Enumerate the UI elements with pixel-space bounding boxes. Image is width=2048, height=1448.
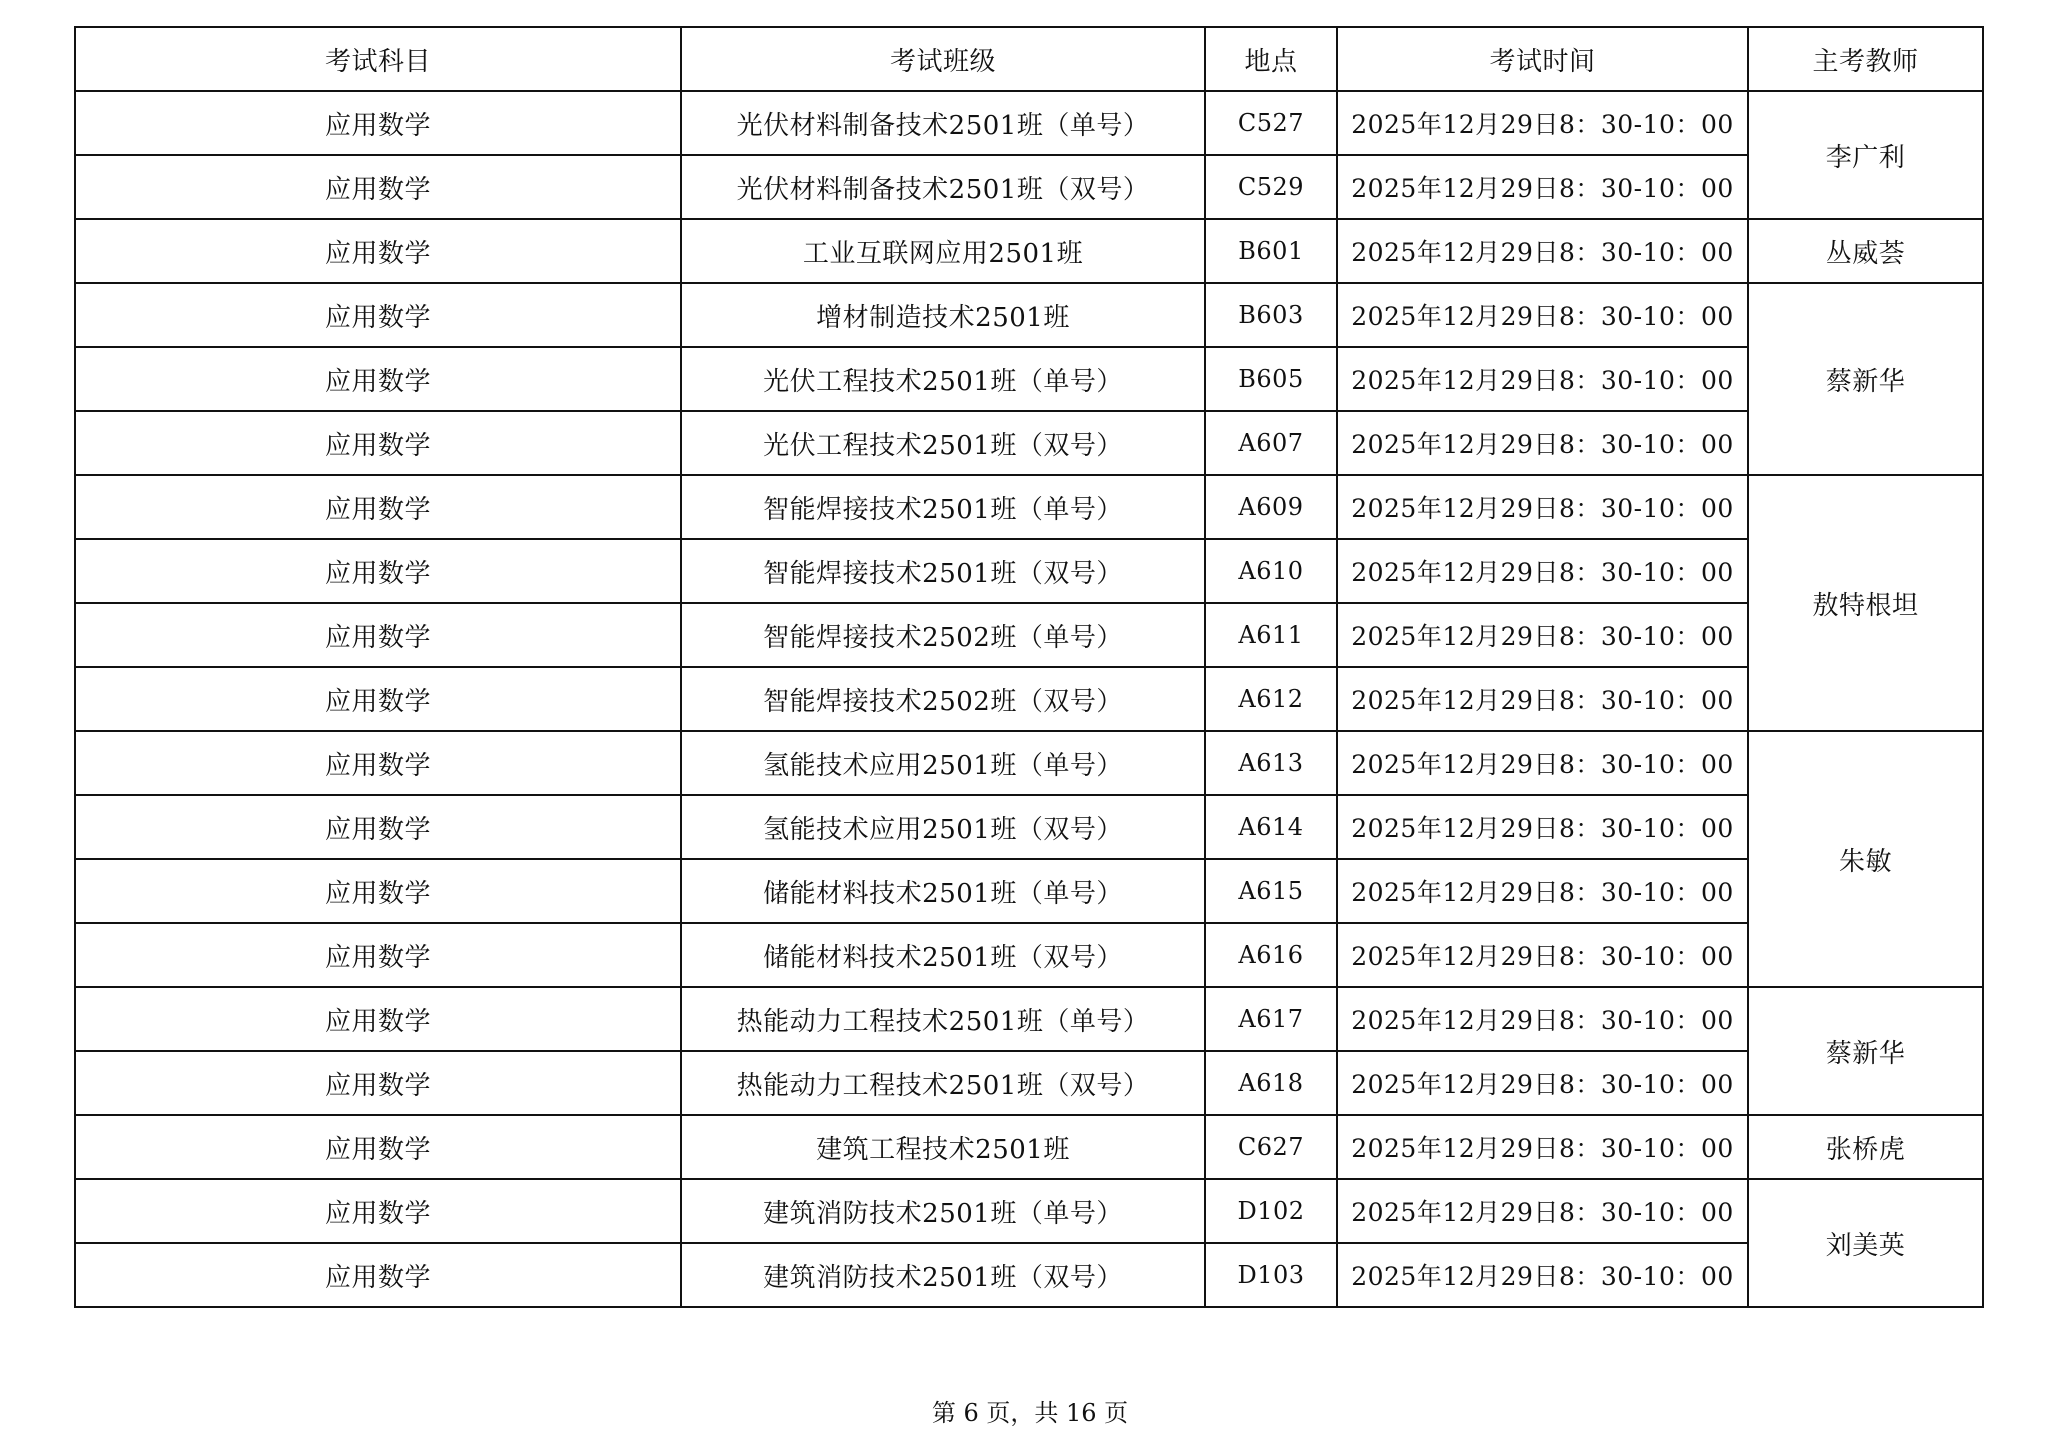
time-cell: 2025年12月29日8：30-10：00 [1337, 987, 1748, 1051]
table-row: 应用数学智能焊接技术2501班（双号）A6102025年12月29日8：30-1… [75, 539, 1983, 603]
time-cell: 2025年12月29日8：30-10：00 [1337, 859, 1748, 923]
teacher-cell: 丛威荟 [1748, 219, 1983, 283]
class-cell: 光伏工程技术2501班（双号） [681, 411, 1205, 475]
page-number: 第 6 页，共 16 页 [0, 1393, 2048, 1428]
class-cell: 智能焊接技术2502班（单号） [681, 603, 1205, 667]
subject-cell: 应用数学 [75, 1179, 681, 1243]
header-class: 考试班级 [681, 27, 1205, 91]
class-cell: 智能焊接技术2501班（单号） [681, 475, 1205, 539]
time-cell: 2025年12月29日8：30-10：00 [1337, 667, 1748, 731]
room-cell: A612 [1205, 667, 1337, 731]
teacher-cell: 李广利 [1748, 91, 1983, 219]
class-cell: 光伏材料制备技术2501班（单号） [681, 91, 1205, 155]
table-row: 应用数学建筑消防技术2501班（单号）D1022025年12月29日8：30-1… [75, 1179, 1983, 1243]
table-row: 应用数学增材制造技术2501班B6032025年12月29日8：30-10：00… [75, 283, 1983, 347]
subject-cell: 应用数学 [75, 283, 681, 347]
time-cell: 2025年12月29日8：30-10：00 [1337, 411, 1748, 475]
time-cell: 2025年12月29日8：30-10：00 [1337, 155, 1748, 219]
room-cell: C529 [1205, 155, 1337, 219]
table-row: 应用数学智能焊接技术2501班（单号）A6092025年12月29日8：30-1… [75, 475, 1983, 539]
class-cell: 氢能技术应用2501班（单号） [681, 731, 1205, 795]
class-cell: 建筑工程技术2501班 [681, 1115, 1205, 1179]
subject-cell: 应用数学 [75, 347, 681, 411]
subject-cell: 应用数学 [75, 1115, 681, 1179]
room-cell: B603 [1205, 283, 1337, 347]
subject-cell: 应用数学 [75, 219, 681, 283]
time-cell: 2025年12月29日8：30-10：00 [1337, 923, 1748, 987]
class-cell: 建筑消防技术2501班（单号） [681, 1179, 1205, 1243]
room-cell: D102 [1205, 1179, 1337, 1243]
teacher-cell: 蔡新华 [1748, 987, 1983, 1115]
class-cell: 智能焊接技术2502班（双号） [681, 667, 1205, 731]
header-subject: 考试科目 [75, 27, 681, 91]
table-row: 应用数学储能材料技术2501班（单号）A6152025年12月29日8：30-1… [75, 859, 1983, 923]
header-teacher: 主考教师 [1748, 27, 1983, 91]
room-cell: C627 [1205, 1115, 1337, 1179]
time-cell: 2025年12月29日8：30-10：00 [1337, 219, 1748, 283]
table-row: 应用数学储能材料技术2501班（双号）A6162025年12月29日8：30-1… [75, 923, 1983, 987]
table-body: 应用数学光伏材料制备技术2501班（单号）C5272025年12月29日8：30… [75, 91, 1983, 1307]
subject-cell: 应用数学 [75, 475, 681, 539]
subject-cell: 应用数学 [75, 155, 681, 219]
room-cell: A609 [1205, 475, 1337, 539]
subject-cell: 应用数学 [75, 731, 681, 795]
time-cell: 2025年12月29日8：30-10：00 [1337, 1115, 1748, 1179]
class-cell: 增材制造技术2501班 [681, 283, 1205, 347]
header-time: 考试时间 [1337, 27, 1748, 91]
subject-cell: 应用数学 [75, 539, 681, 603]
room-cell: A611 [1205, 603, 1337, 667]
subject-cell: 应用数学 [75, 795, 681, 859]
table-row: 应用数学热能动力工程技术2501班（双号）A6182025年12月29日8：30… [75, 1051, 1983, 1115]
room-cell: A613 [1205, 731, 1337, 795]
teacher-cell: 朱敏 [1748, 731, 1983, 987]
time-cell: 2025年12月29日8：30-10：00 [1337, 347, 1748, 411]
class-cell: 氢能技术应用2501班（双号） [681, 795, 1205, 859]
class-cell: 智能焊接技术2501班（双号） [681, 539, 1205, 603]
table-row: 应用数学光伏材料制备技术2501班（双号）C5292025年12月29日8：30… [75, 155, 1983, 219]
class-cell: 工业互联网应用2501班 [681, 219, 1205, 283]
room-cell: A616 [1205, 923, 1337, 987]
time-cell: 2025年12月29日8：30-10：00 [1337, 1051, 1748, 1115]
time-cell: 2025年12月29日8：30-10：00 [1337, 1179, 1748, 1243]
table-row: 应用数学氢能技术应用2501班（双号）A6142025年12月29日8：30-1… [75, 795, 1983, 859]
header-row: 考试科目 考试班级 地点 考试时间 主考教师 [75, 27, 1983, 91]
room-cell: A615 [1205, 859, 1337, 923]
class-cell: 光伏材料制备技术2501班（双号） [681, 155, 1205, 219]
room-cell: A614 [1205, 795, 1337, 859]
subject-cell: 应用数学 [75, 859, 681, 923]
time-cell: 2025年12月29日8：30-10：00 [1337, 1243, 1748, 1307]
room-cell: C527 [1205, 91, 1337, 155]
table-row: 应用数学建筑工程技术2501班C6272025年12月29日8：30-10：00… [75, 1115, 1983, 1179]
exam-schedule-table: 考试科目 考试班级 地点 考试时间 主考教师 应用数学光伏材料制备技术2501班… [74, 26, 1984, 1308]
teacher-cell: 蔡新华 [1748, 283, 1983, 475]
table-row: 应用数学热能动力工程技术2501班（单号）A6172025年12月29日8：30… [75, 987, 1983, 1051]
room-cell: A607 [1205, 411, 1337, 475]
class-cell: 储能材料技术2501班（单号） [681, 859, 1205, 923]
table-row: 应用数学建筑消防技术2501班（双号）D1032025年12月29日8：30-1… [75, 1243, 1983, 1307]
class-cell: 热能动力工程技术2501班（双号） [681, 1051, 1205, 1115]
subject-cell: 应用数学 [75, 411, 681, 475]
subject-cell: 应用数学 [75, 603, 681, 667]
class-cell: 建筑消防技术2501班（双号） [681, 1243, 1205, 1307]
class-cell: 热能动力工程技术2501班（单号） [681, 987, 1205, 1051]
teacher-cell: 敖特根坦 [1748, 475, 1983, 731]
table-header: 考试科目 考试班级 地点 考试时间 主考教师 [75, 27, 1983, 91]
table-row: 应用数学工业互联网应用2501班B6012025年12月29日8：30-10：0… [75, 219, 1983, 283]
table-row: 应用数学智能焊接技术2502班（单号）A6112025年12月29日8：30-1… [75, 603, 1983, 667]
table-row: 应用数学智能焊接技术2502班（双号）A6122025年12月29日8：30-1… [75, 667, 1983, 731]
room-cell: B605 [1205, 347, 1337, 411]
header-room: 地点 [1205, 27, 1337, 91]
subject-cell: 应用数学 [75, 91, 681, 155]
table-row: 应用数学光伏材料制备技术2501班（单号）C5272025年12月29日8：30… [75, 91, 1983, 155]
room-cell: A617 [1205, 987, 1337, 1051]
time-cell: 2025年12月29日8：30-10：00 [1337, 539, 1748, 603]
teacher-cell: 刘美英 [1748, 1179, 1983, 1307]
time-cell: 2025年12月29日8：30-10：00 [1337, 475, 1748, 539]
room-cell: B601 [1205, 219, 1337, 283]
time-cell: 2025年12月29日8：30-10：00 [1337, 731, 1748, 795]
subject-cell: 应用数学 [75, 923, 681, 987]
table-row: 应用数学光伏工程技术2501班（单号）B6052025年12月29日8：30-1… [75, 347, 1983, 411]
subject-cell: 应用数学 [75, 1243, 681, 1307]
room-cell: D103 [1205, 1243, 1337, 1307]
room-cell: A610 [1205, 539, 1337, 603]
time-cell: 2025年12月29日8：30-10：00 [1337, 283, 1748, 347]
subject-cell: 应用数学 [75, 987, 681, 1051]
class-cell: 光伏工程技术2501班（单号） [681, 347, 1205, 411]
class-cell: 储能材料技术2501班（双号） [681, 923, 1205, 987]
table-row: 应用数学氢能技术应用2501班（单号）A6132025年12月29日8：30-1… [75, 731, 1983, 795]
time-cell: 2025年12月29日8：30-10：00 [1337, 603, 1748, 667]
teacher-cell: 张桥虎 [1748, 1115, 1983, 1179]
time-cell: 2025年12月29日8：30-10：00 [1337, 795, 1748, 859]
time-cell: 2025年12月29日8：30-10：00 [1337, 91, 1748, 155]
room-cell: A618 [1205, 1051, 1337, 1115]
subject-cell: 应用数学 [75, 1051, 681, 1115]
table-row: 应用数学光伏工程技术2501班（双号）A6072025年12月29日8：30-1… [75, 411, 1983, 475]
subject-cell: 应用数学 [75, 667, 681, 731]
